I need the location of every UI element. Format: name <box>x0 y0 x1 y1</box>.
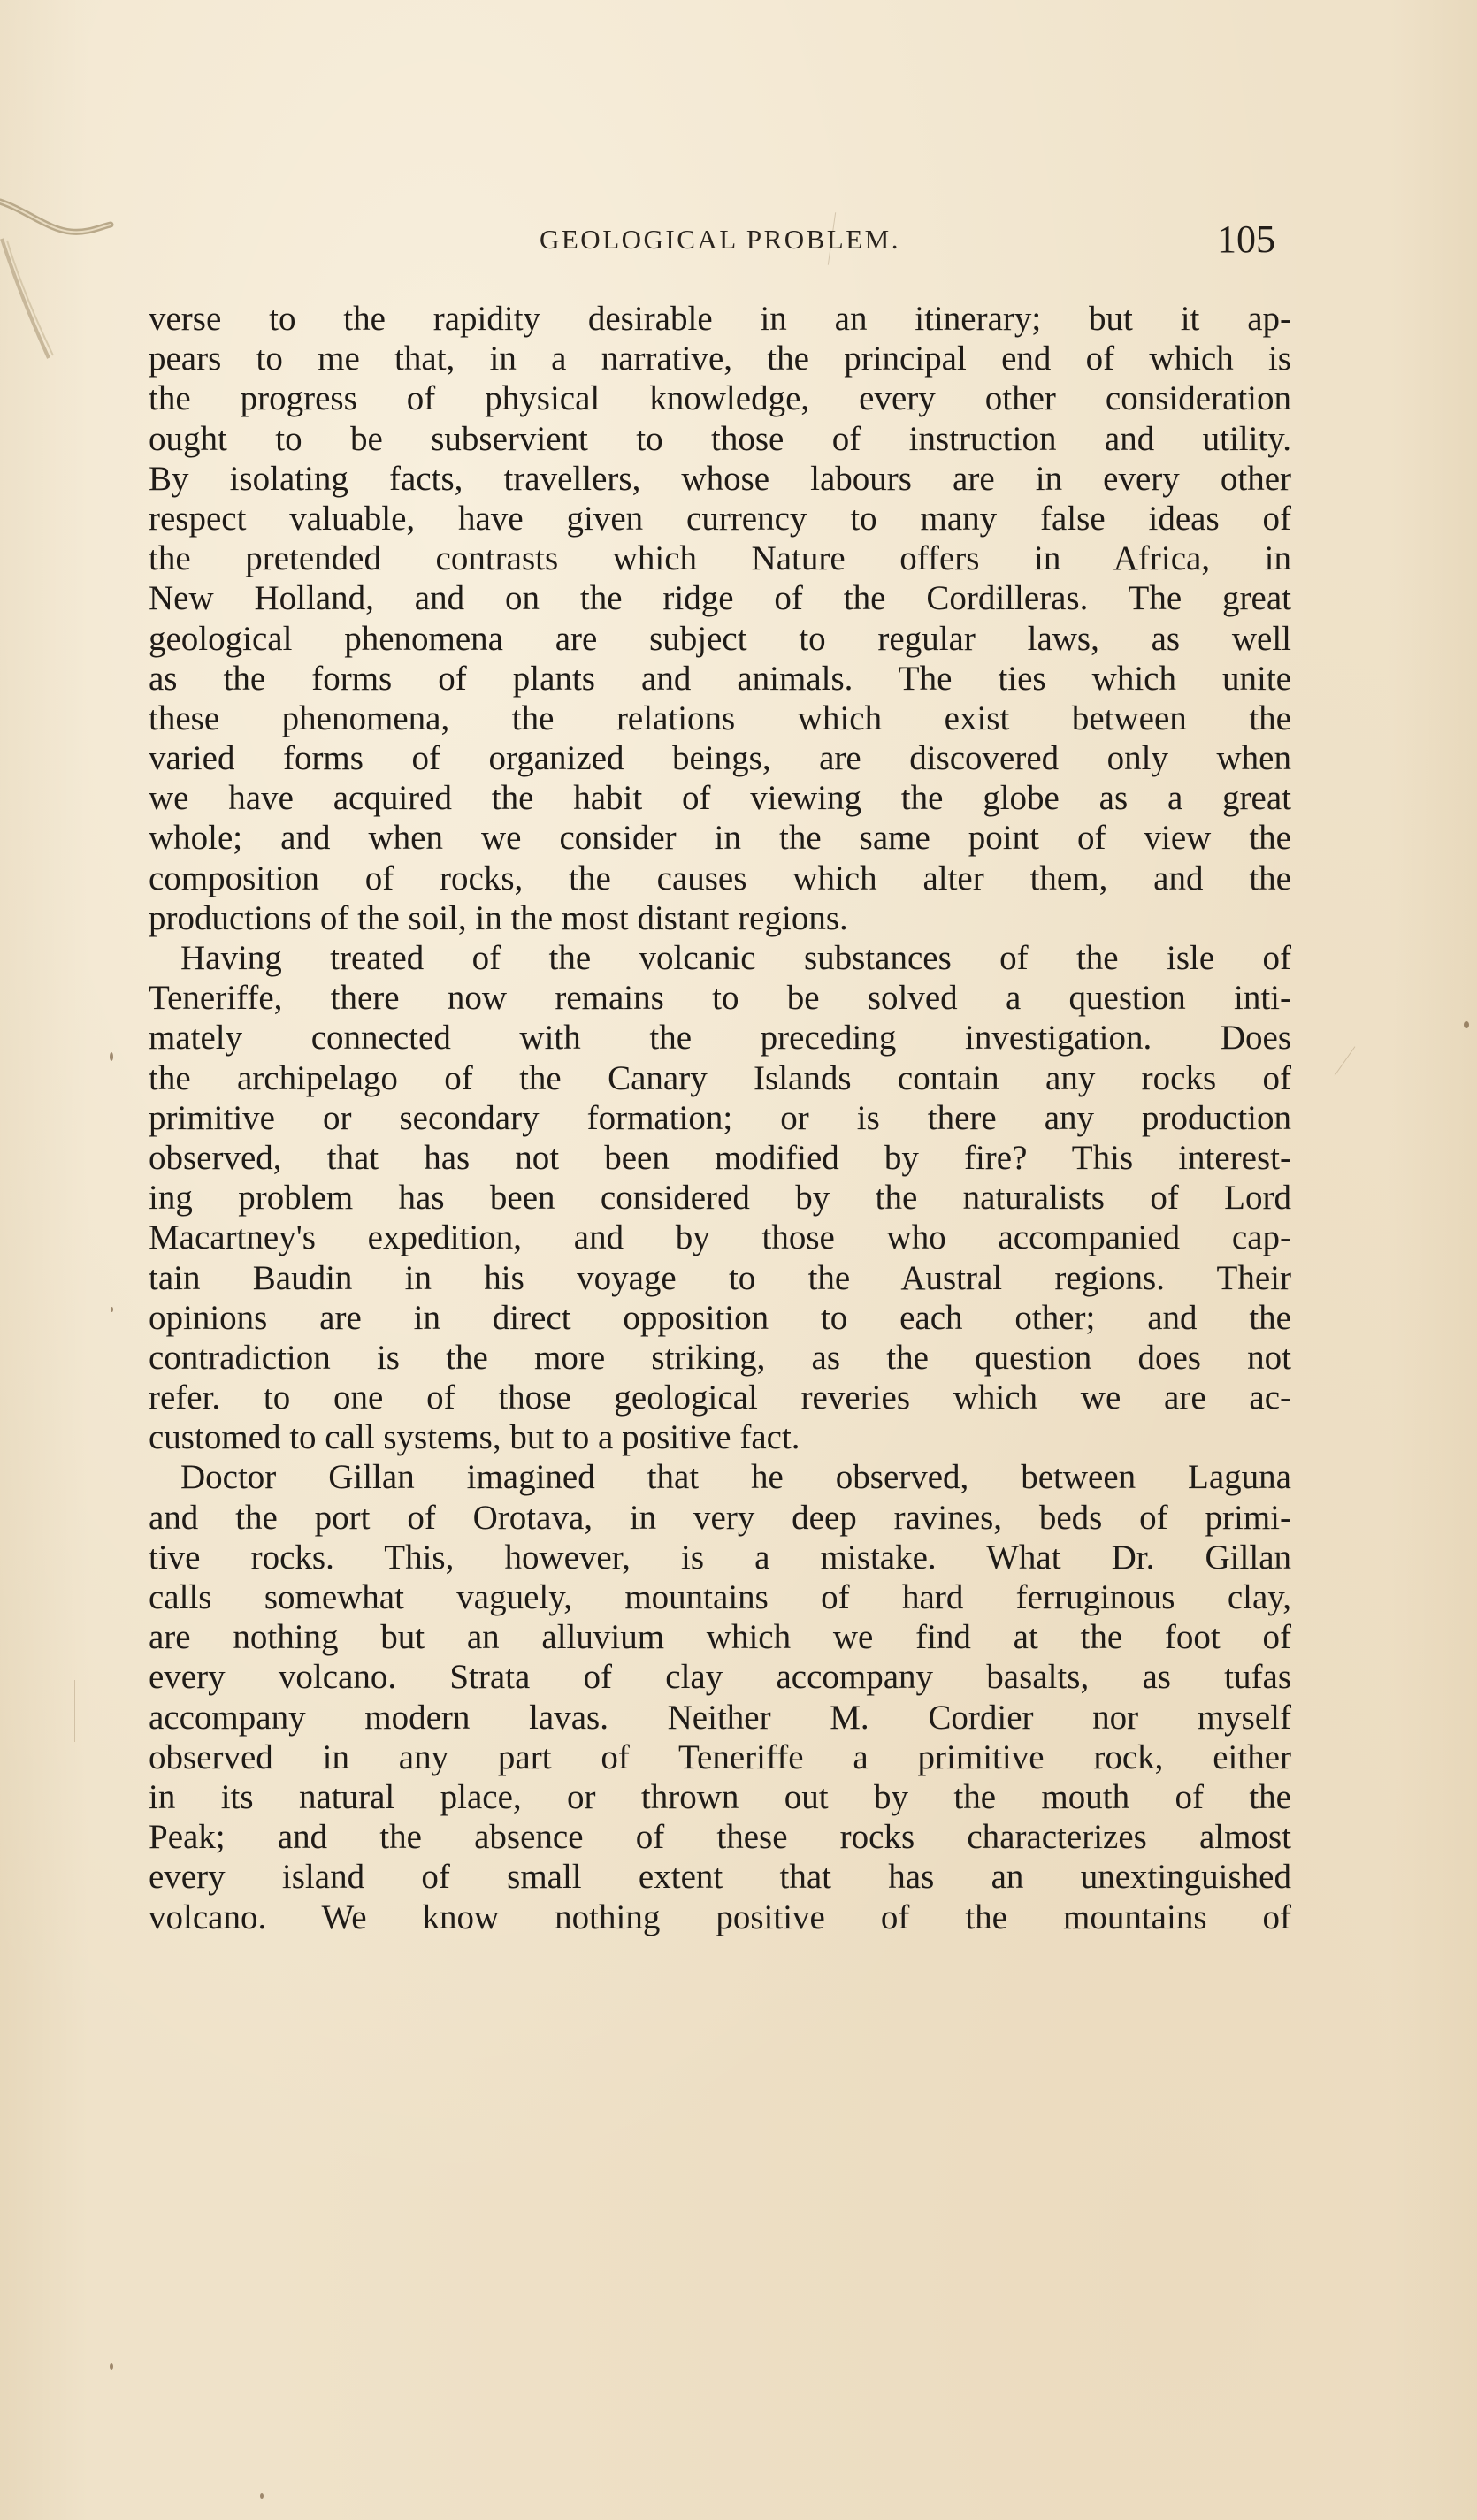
text-line: primitive or secondary formation; or is … <box>149 1098 1291 1138</box>
text-line: geological phenomena are subject to regu… <box>149 619 1291 659</box>
paper-fiber <box>74 1680 75 1742</box>
text-line: calls somewhat vaguely, mountains of har… <box>149 1577 1291 1617</box>
body-text: verse to the rapidity desirable in an it… <box>149 299 1291 1937</box>
text-line: tain Baudin in his voyage to the Austral… <box>149 1258 1291 1298</box>
text-line: productions of the soil, in the most dis… <box>149 898 1291 938</box>
text-line: every island of small extent that has an… <box>149 1857 1291 1897</box>
text-line: varied forms of organized beings, are di… <box>149 738 1291 778</box>
text-line: every volcano. Strata of clay accompany … <box>149 1657 1291 1697</box>
paper-speck <box>111 1307 113 1312</box>
paper-speck <box>110 1052 113 1061</box>
text-line: pears to me that, in a narrative, the pr… <box>149 339 1291 378</box>
text-line: contradiction is the more striking, as t… <box>149 1338 1291 1378</box>
text-line: the archipelago of the Canary Islands co… <box>149 1058 1291 1098</box>
text-line: By isolating facts, travellers, whose la… <box>149 459 1291 499</box>
text-line: in its natural place, or thrown out by t… <box>149 1777 1291 1817</box>
text-line: tive rocks. This, however, is a mistake.… <box>149 1538 1291 1577</box>
text-line: Doctor Gillan imagined that he observed,… <box>149 1457 1291 1497</box>
text-line: composition of rocks, the causes which a… <box>149 859 1291 898</box>
paper-speck <box>110 2363 113 2370</box>
text-line: Peak; and the absence of these rocks cha… <box>149 1817 1291 1857</box>
text-line: ing problem has been considered by the n… <box>149 1178 1291 1218</box>
text-line: Teneriffe, there now remains to be solve… <box>149 978 1291 1018</box>
paragraph: verse to the rapidity desirable in an it… <box>149 299 1291 938</box>
paper-speck <box>1464 1021 1469 1028</box>
text-line: respect valuable, have given currency to… <box>149 499 1291 538</box>
text-line: observed in any part of Teneriffe a prim… <box>149 1737 1291 1777</box>
paper-fiber <box>1335 1046 1356 1075</box>
bookmark-thread-icon <box>0 195 124 371</box>
text-line: customed to call systems, but to a posit… <box>149 1417 1291 1457</box>
text-line: whole; and when we consider in the same … <box>149 818 1291 858</box>
page-number: 105 <box>1217 217 1275 262</box>
text-line: are nothing but an alluvium which we fin… <box>149 1617 1291 1657</box>
text-line: Having treated of the volcanic substance… <box>149 938 1291 978</box>
text-line: mately connected with the preceding inve… <box>149 1018 1291 1058</box>
text-line: opinions are in direct opposition to eac… <box>149 1298 1291 1338</box>
text-line: these phenomena, the relations which exi… <box>149 699 1291 738</box>
running-header: GEOLOGICAL PROBLEM. 105 <box>149 217 1291 270</box>
text-line: ought to be subservient to those of inst… <box>149 419 1291 459</box>
text-line: New Holland, and on the ridge of the Cor… <box>149 578 1291 618</box>
running-title: GEOLOGICAL PROBLEM. <box>149 224 1291 256</box>
paragraph: Doctor Gillan imagined that he observed,… <box>149 1457 1291 1936</box>
text-line: we have acquired the habit of viewing th… <box>149 778 1291 818</box>
text-line: as the forms of plants and animals. The … <box>149 659 1291 699</box>
text-line: accompany modern lavas. Neither M. Cordi… <box>149 1698 1291 1737</box>
text-line: observed, that has not been modified by … <box>149 1138 1291 1178</box>
text-line: the progress of physical knowledge, ever… <box>149 378 1291 418</box>
paper-speck <box>260 2493 264 2499</box>
text-line: verse to the rapidity desirable in an it… <box>149 299 1291 339</box>
text-line: the pretended contrasts which Nature off… <box>149 538 1291 578</box>
paragraph: Having treated of the volcanic substance… <box>149 938 1291 1457</box>
text-line: refer. to one of those geological reveri… <box>149 1378 1291 1417</box>
text-line: Macartney's expedition, and by those who… <box>149 1218 1291 1257</box>
text-line: volcano. We know nothing positive of the… <box>149 1898 1291 1937</box>
text-line: and the port of Orotava, in very deep ra… <box>149 1498 1291 1538</box>
book-page: GEOLOGICAL PROBLEM. 105 verse to the rap… <box>0 0 1477 2520</box>
